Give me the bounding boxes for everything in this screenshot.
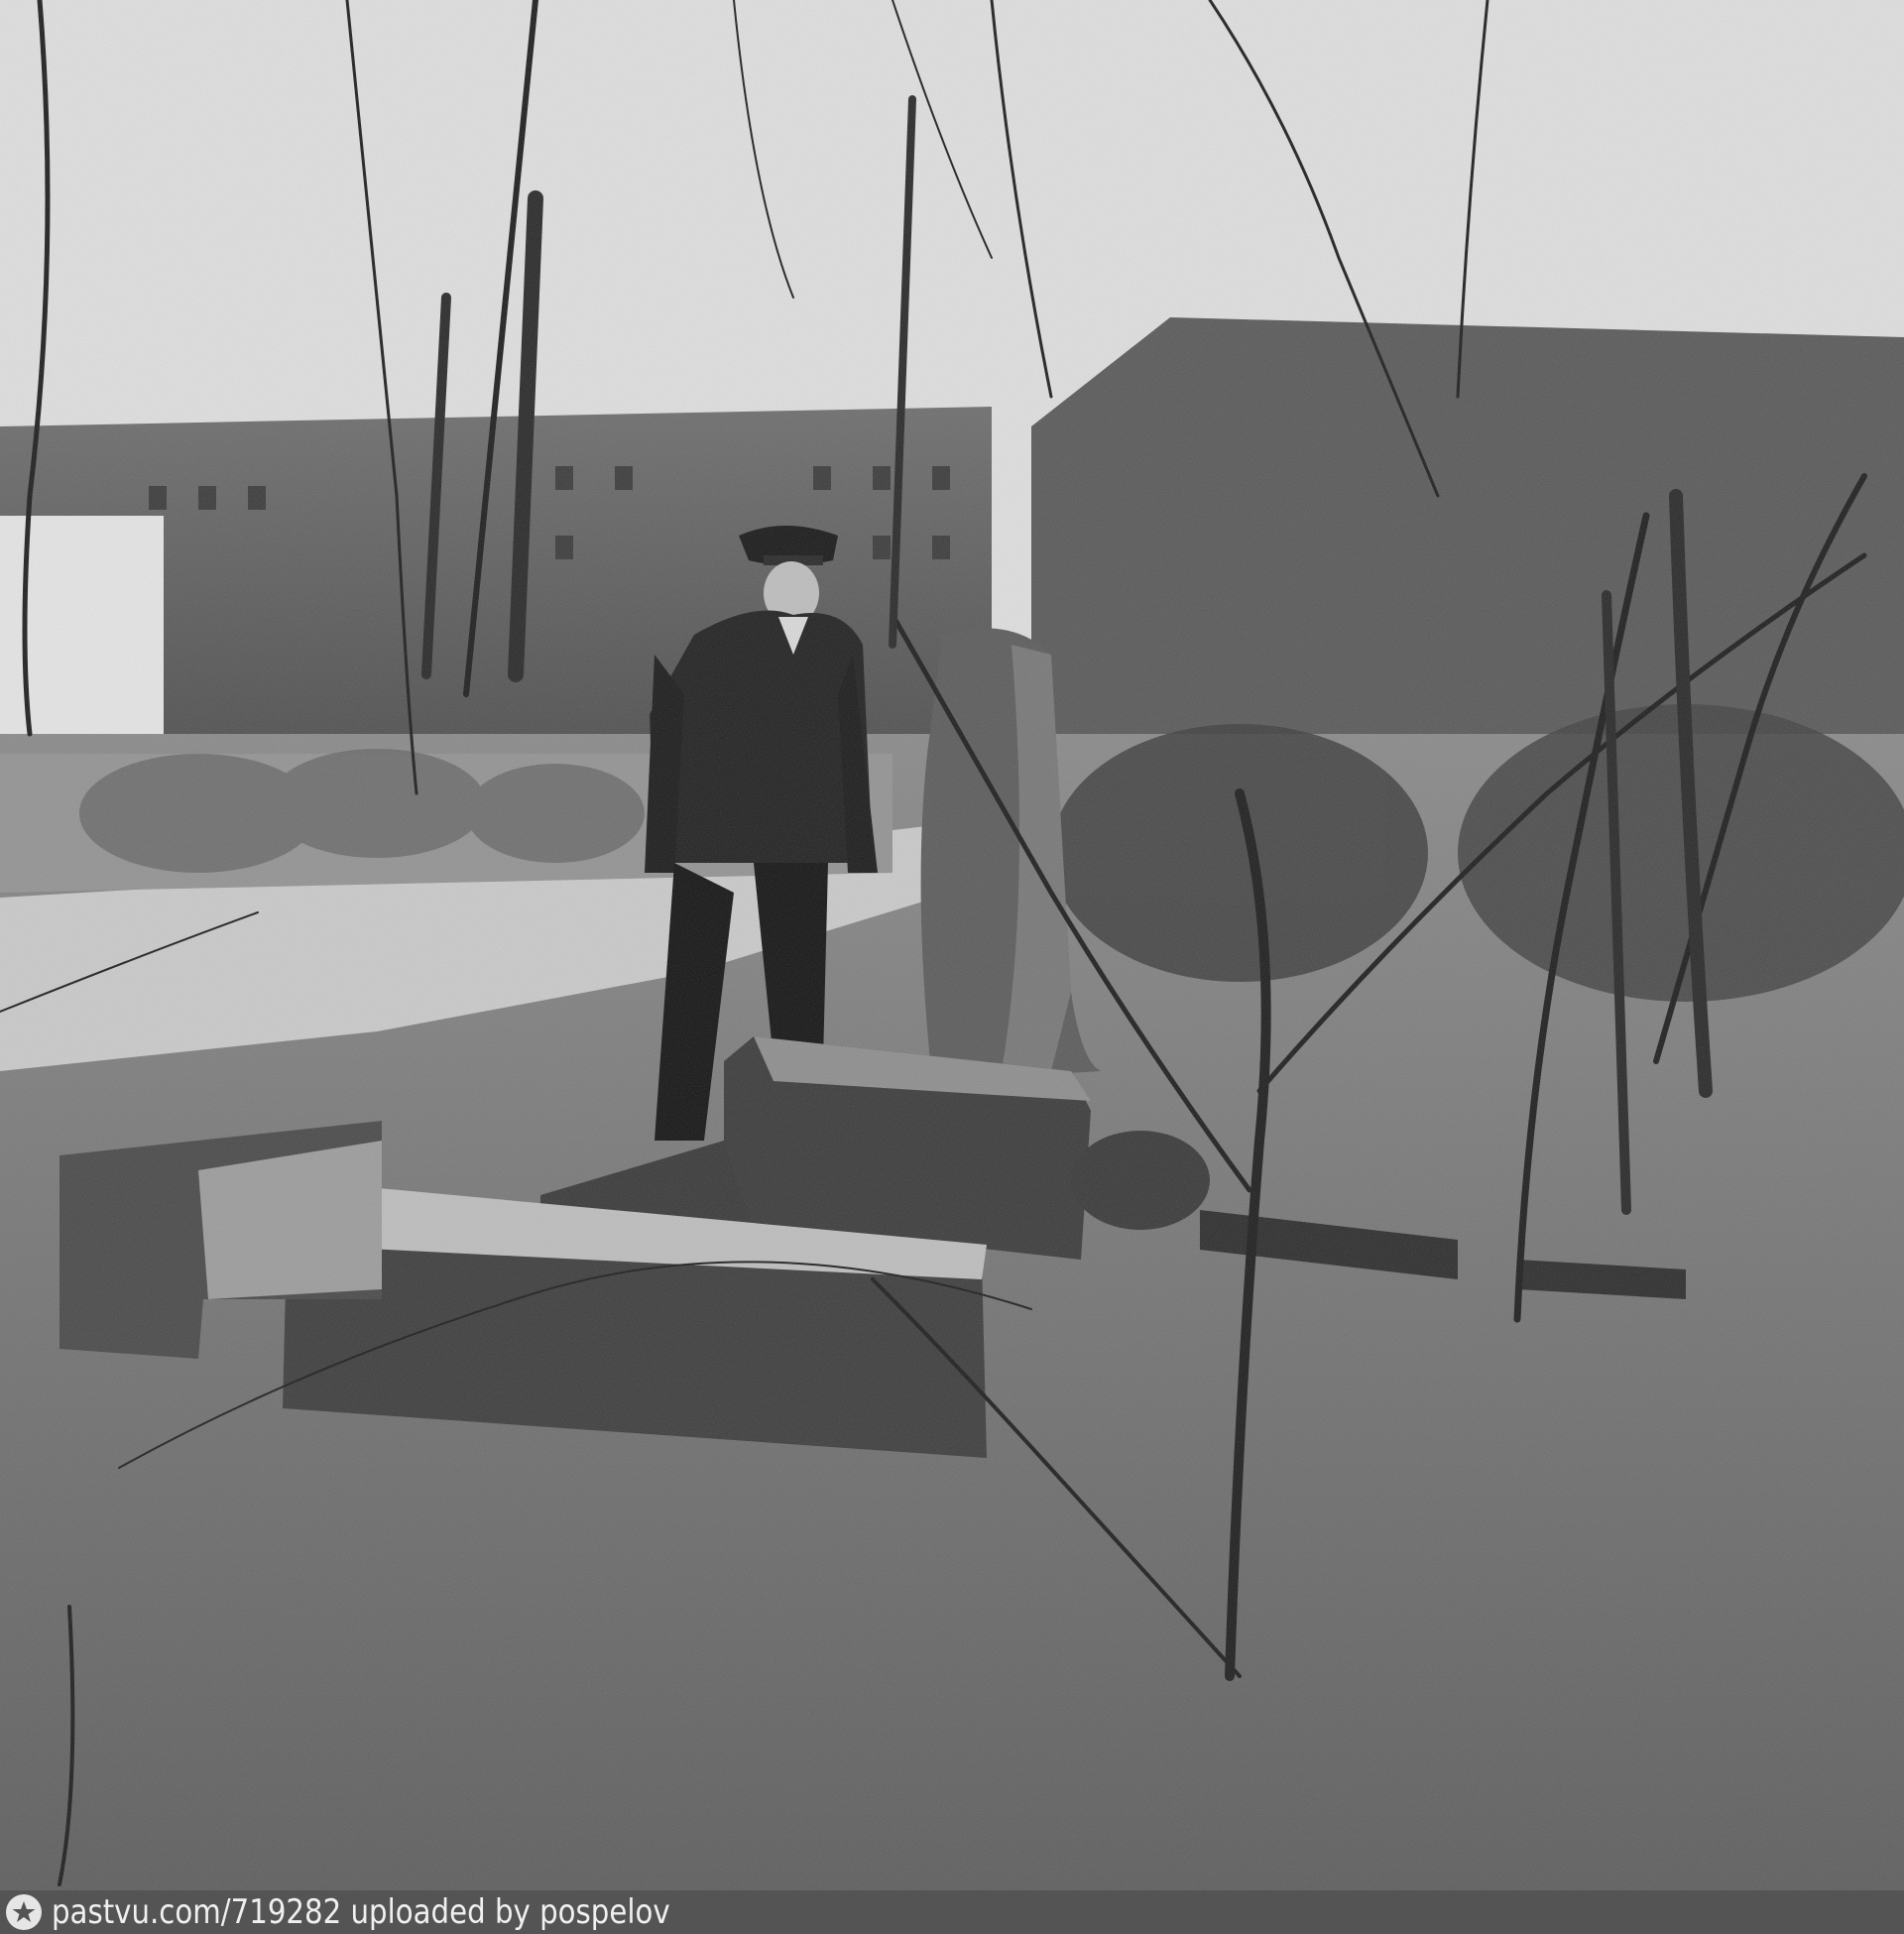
star-in-circle-icon bbox=[6, 1894, 42, 1930]
photo-scene bbox=[0, 0, 1904, 1890]
archival-photograph bbox=[0, 0, 1904, 1890]
watermark-bar: pastvu.com/719282 uploaded by pospelov bbox=[0, 1890, 1904, 1934]
watermark-text: pastvu.com/719282 uploaded by pospelov bbox=[52, 1892, 670, 1932]
